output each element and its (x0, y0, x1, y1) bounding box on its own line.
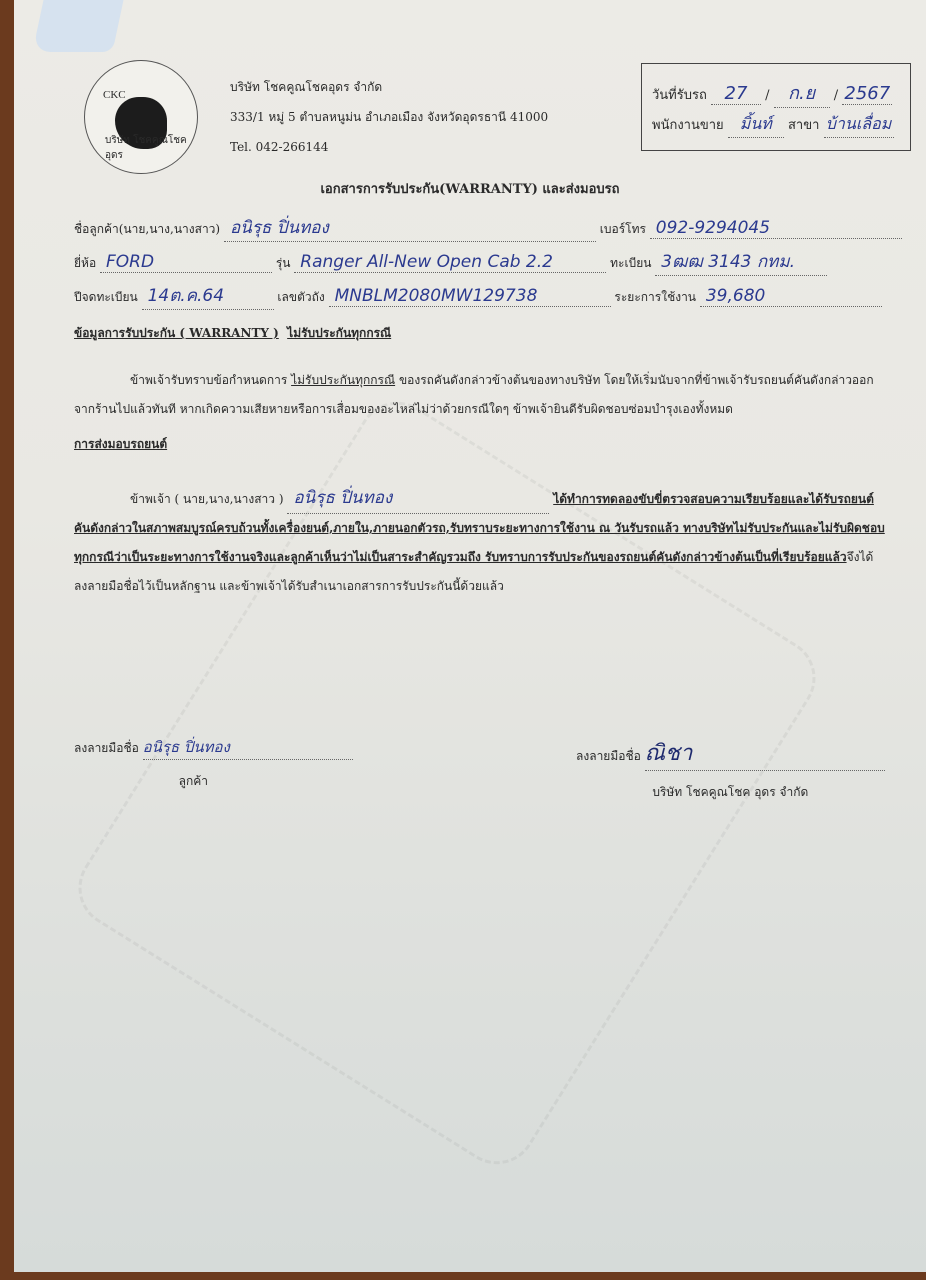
model-value: Ranger All-New Open Cab 2.2 (294, 252, 606, 273)
warranty-heading: ข้อมูลการรับประกัน ( WARRANTY ) ไม่รับปร… (74, 324, 391, 343)
customer-row: ชื่อลูกค้า(นาย,นาง,นางสาว) อนิรุธ ปิ่นทอ… (74, 214, 902, 242)
plate-label: ทะเบียน (610, 254, 651, 273)
branch-value: บ้านเลื่อม (824, 112, 894, 138)
warranty-para-emph: ไม่รับประกันทุกกรณี (291, 373, 395, 387)
warranty-para-prefix: ข้าพเจ้ารับทราบข้อกำหนดการ (74, 373, 287, 387)
receipt-sales-row: พนักงานขาย มิ้นท์ สาขา บ้านเลื่อม (652, 112, 894, 138)
reg-year-label: ปีจดทะเบียน (74, 288, 138, 307)
company-caption: บริษัท โชคคูณโชค อุดร จำกัด (576, 783, 885, 802)
receipt-day: 27 (711, 83, 761, 105)
registration-row: ปีจดทะเบียน 14ต.ค.64 เลขตัวถัง MNBLM2080… (74, 282, 882, 310)
receipt-date-label: วันที่รับรถ (652, 88, 707, 103)
warranty-heading-text: ข้อมูลการรับประกัน ( WARRANTY ) (74, 326, 279, 340)
delivery-paragraph: ข้าพเจ้า ( นาย,นาง,นางสาว ) อนิรุธ ปิ่นท… (74, 484, 886, 601)
company-header: บริษัท โชคคูณโชคอุดร จำกัด 333/1 หมู่ 5 … (230, 72, 548, 162)
delivery-heading: การส่งมอบรถยนต์ (74, 430, 886, 459)
company-phone: Tel. 042-266144 (230, 132, 548, 162)
warranty-paragraph: ข้าพเจ้ารับทราบข้อกำหนดการ ไม่รับประกันท… (74, 366, 886, 424)
sales-value: มิ้นท์ (728, 112, 784, 138)
logo-text: CKC (103, 89, 126, 101)
company-name: บริษัท โชคคูณโชคอุดร จำกัด (230, 72, 548, 102)
customer-sign-label: ลงลายมือชื่อ (74, 741, 139, 755)
customer-signature-block: ลงลายมือชื่อ อนิรุธ ปิ่นทอง ลูกค้า (74, 735, 353, 791)
branch-label: สาขา (788, 118, 819, 133)
phone-label: เบอร์โทร (600, 220, 646, 239)
document-page: CKC บริษัท โชคคูณโชค อุดร บริษัท โชคคูณโ… (14, 0, 926, 1272)
model-label: รุ่น (276, 254, 291, 273)
company-signature: ณิชา (645, 735, 885, 771)
reg-year-value: 14ต.ค.64 (142, 282, 274, 310)
chassis-value: MNBLM2080MW129738 (329, 286, 611, 307)
delivery-heading-text: การส่งมอบรถยนต์ (74, 437, 167, 451)
receipt-date-row: วันที่รับรถ 27 / ก.ย / 2567 (652, 78, 892, 108)
receipt-year: 2567 (842, 83, 892, 105)
customer-label: ชื่อลูกค้า(นาย,นาง,นางสาว) (74, 220, 220, 239)
company-logo: CKC บริษัท โชคคูณโชค อุดร (84, 60, 198, 174)
customer-signature: อนิรุธ ปิ่นทอง (143, 735, 353, 760)
customer-value: อนิรุธ ปิ่นทอง (224, 214, 596, 242)
company-address: 333/1 หมู่ 5 ตำบลหนูม่น อำเภอเมือง จังหว… (230, 102, 548, 132)
logo-ring-text: บริษัท โชคคูณโชค อุดร (105, 133, 197, 163)
delivery-name-value: อนิรุธ ปิ่นทอง (287, 484, 549, 514)
company-signature-block: ลงลายมือชื่อ ณิชา บริษัท โชคคูณโชค อุดร … (576, 735, 885, 802)
warranty-note: ไม่รับประกันทุกกรณี (287, 326, 391, 340)
mileage-label: ระยะการใช้งาน (614, 288, 696, 307)
chassis-label: เลขตัวถัง (277, 288, 324, 307)
brand-value: FORD (100, 252, 272, 273)
company-sign-label: ลงลายมือชื่อ (576, 749, 641, 763)
customer-caption: ลูกค้า (74, 772, 353, 791)
mileage-value: 39,680 (700, 286, 882, 307)
tape-strip (32, 0, 123, 52)
brand-label: ยี่ห้อ (74, 254, 96, 273)
delivery-prefix: ข้าพเจ้า ( นาย,นาง,นางสาว ) (74, 492, 284, 506)
document-title: เอกสารการรับประกัน(WARRANTY) และส่งมอบรถ (14, 178, 926, 199)
sales-label: พนักงานขาย (652, 118, 724, 133)
vehicle-row: ยี่ห้อ FORD รุ่น Ranger All-New Open Cab… (74, 248, 827, 276)
phone-value: 092-9294045 (650, 218, 902, 239)
receipt-month: ก.ย (774, 78, 830, 108)
plate-value: 3ฒฒ 3143 กทม. (655, 248, 827, 276)
receipt-box: วันที่รับรถ 27 / ก.ย / 2567 พนักงานขาย ม… (641, 63, 911, 151)
